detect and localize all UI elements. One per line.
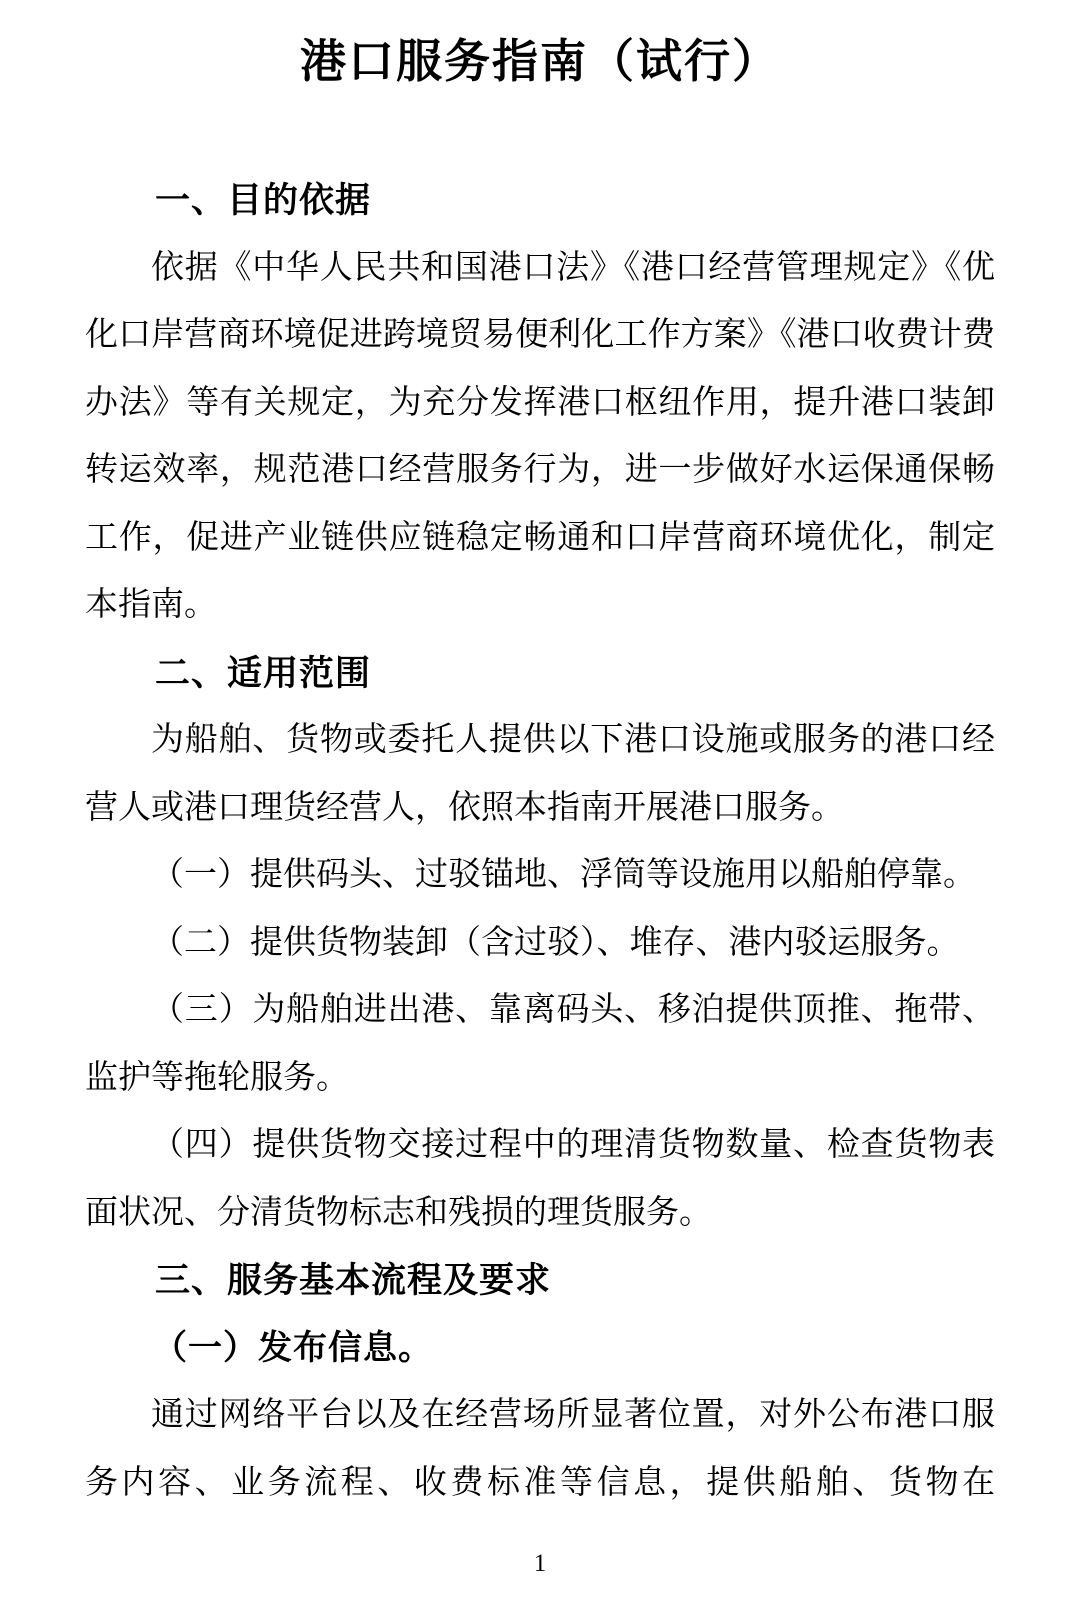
paragraph: 依据《中华人民共和国港口法》《港口经营管理规定》《优化口岸营商环境促进跨境贸易便…	[85, 235, 995, 640]
page-number: 1	[0, 1549, 1080, 1579]
document-body: 一、目的依据依据《中华人民共和国港口法》《港口经营管理规定》《优化口岸营商环境促…	[85, 167, 995, 1517]
document-title: 港口服务指南（试行）	[0, 0, 1080, 94]
section-heading: 一、目的依据	[85, 167, 995, 235]
paragraph: （三）为船舶进出港、靠离码头、移泊提供顶推、拖带、监护等拖轮服务。	[85, 977, 995, 1112]
paragraph: （四）提供货物交接过程中的理清货物数量、检查货物表面状况、分清货物标志和残损的理…	[85, 1112, 995, 1247]
paragraph: 通过网络平台以及在经营场所显著位置，对外公布港口服务内容、业务流程、收费标准等信…	[85, 1382, 995, 1517]
section-heading: 三、服务基本流程及要求	[85, 1247, 995, 1315]
paragraph: （二）提供货物装卸（含过驳）、堆存、港内驳运服务。	[85, 910, 995, 978]
paragraph: （一）提供码头、过驳锚地、浮筒等设施用以船舶停靠。	[85, 842, 995, 910]
paragraph: 为船舶、货物或委托人提供以下港口设施或服务的港口经营人或港口理货经营人，依照本指…	[85, 707, 995, 842]
section-heading: 二、适用范围	[85, 640, 995, 708]
document-page: 港口服务指南（试行） 一、目的依据依据《中华人民共和国港口法》《港口经营管理规定…	[0, 0, 1080, 1597]
sub-heading: （一）发布信息。	[85, 1315, 995, 1383]
